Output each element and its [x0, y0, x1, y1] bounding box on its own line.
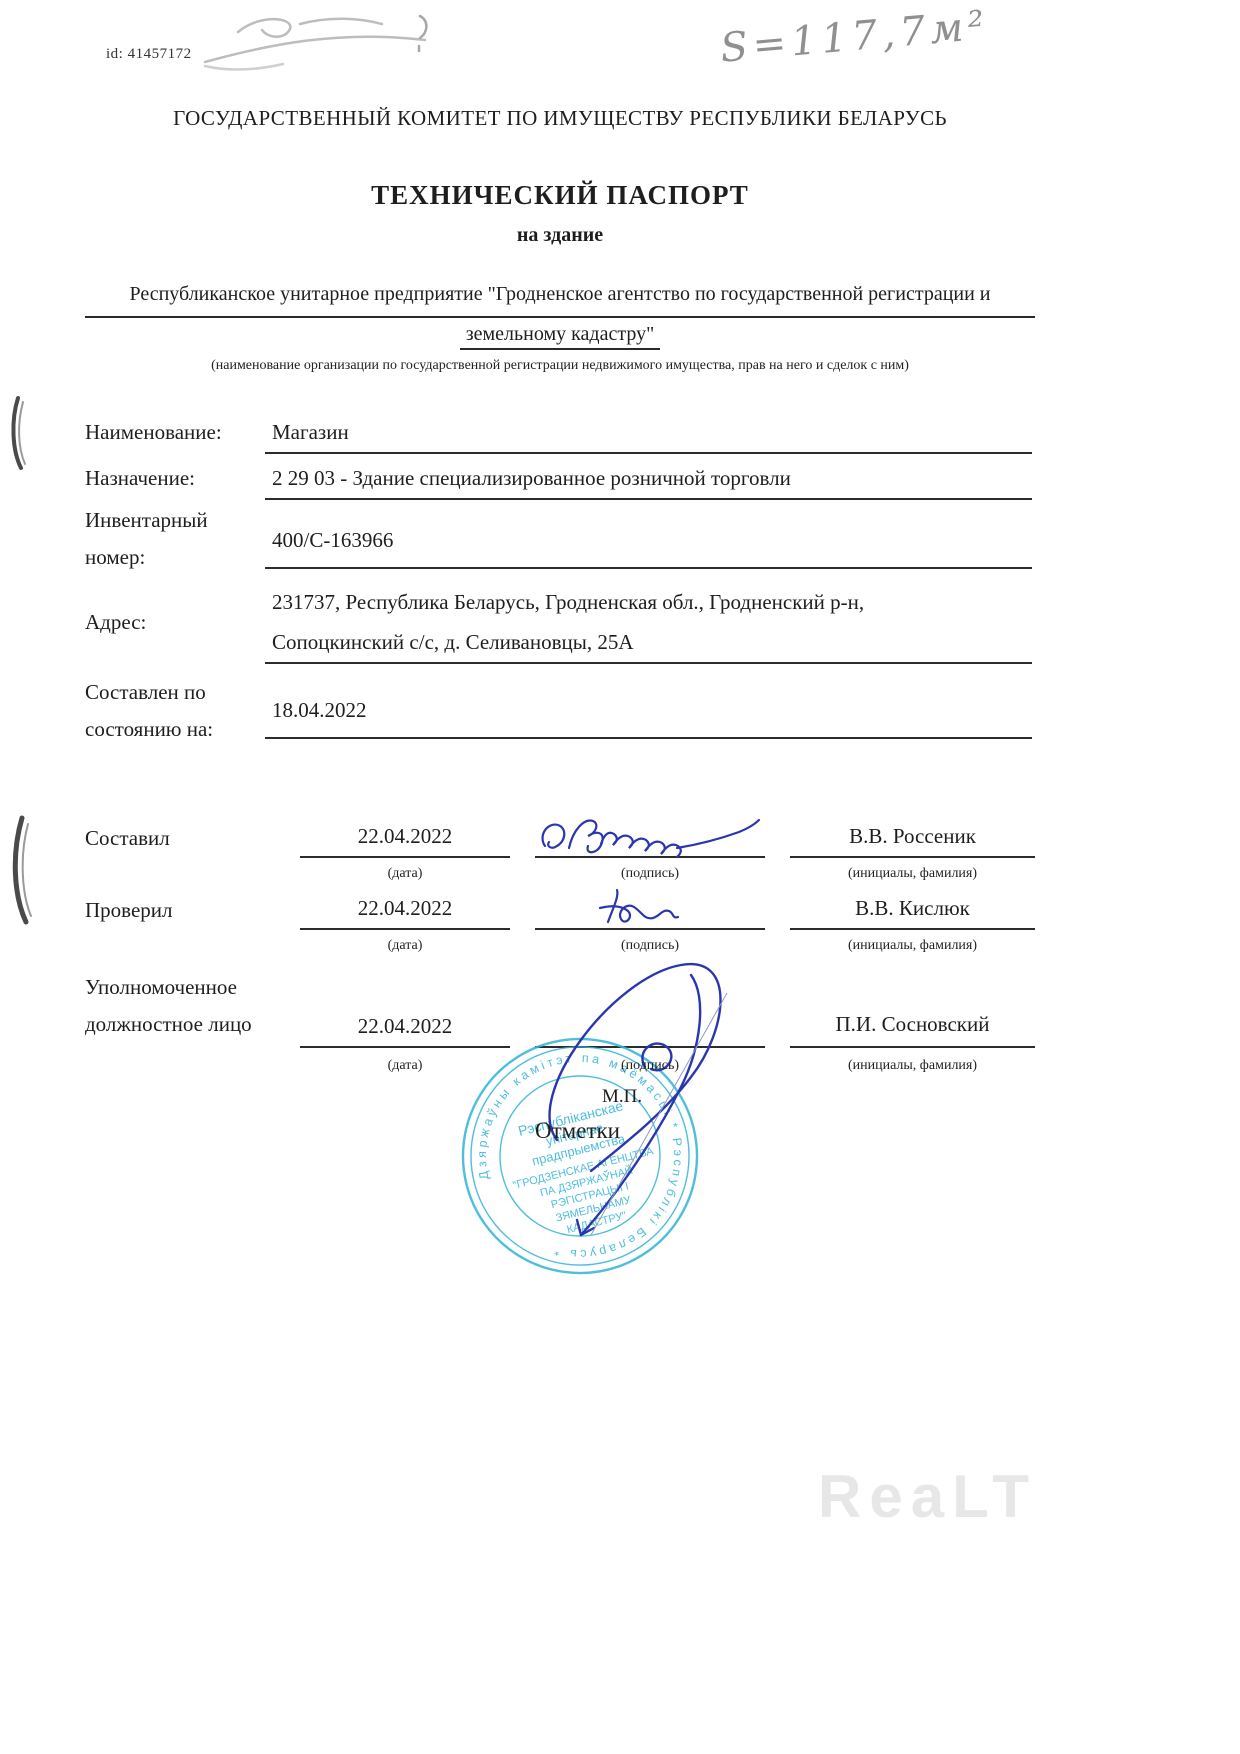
signature-ink-composed	[535, 806, 770, 861]
pencil-scribbles-layer	[0, 0, 1240, 1754]
scanned-document-page: id: 41457172 S=117,7м² ГОСУДАРСТВЕННЫЙ К…	[0, 0, 1240, 1754]
notes-heading: Отметки	[0, 1118, 1155, 1144]
binding-mark-top	[13, 398, 25, 468]
pencil-scribble-top	[205, 16, 426, 70]
seal-place-label: М.П.	[602, 1086, 642, 1108]
caption-sign: (подпись)	[535, 1058, 765, 1074]
signature-ink-checked	[592, 886, 712, 931]
binding-mark-bottom	[15, 818, 31, 922]
